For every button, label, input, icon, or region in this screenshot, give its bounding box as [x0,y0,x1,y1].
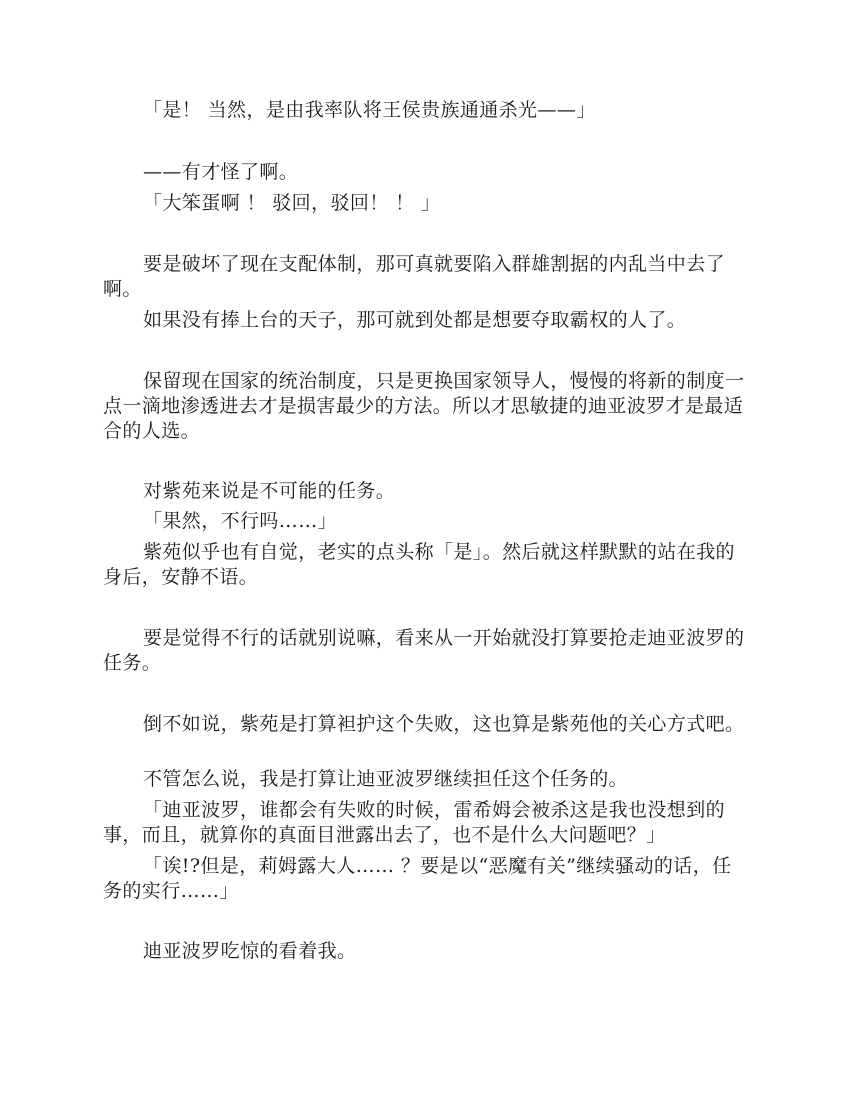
paragraph: 对紫苑来说是不可能的任务。 [103,479,748,504]
paragraph: 「诶!?但是，莉姆露大人…… ？要是以“恶魔有关”继续骚动的话，任务的实行……」 [103,854,748,904]
paragraph: 倒不如说，紫苑是打算袒护这个失败，这也算是紫苑他的关心方式吧。 [103,712,748,737]
paragraph: 「是！ 当然，是由我率队将王侯贵族通通杀光——」 [103,98,748,123]
paragraph: 迪亚波罗吃惊的看着我。 [103,939,748,964]
paragraph: 不管怎么说，我是打算让迪亚波罗继续担任这个任务的。 [103,767,748,792]
paragraph: 保留现在国家的统治制度，只是更换国家领导人，慢慢的将新的制度一点一滴地渗透进去才… [103,369,748,444]
paragraph: 紫苑似乎也有自觉，老实的点头称「是」。然后就这样默默的站在我的身后，安静不语。 [103,540,748,590]
document-page: 「是！ 当然，是由我率队将王侯贵族通通杀光——」 ——有才怪了啊。 「大笨蛋啊 … [0,0,850,1100]
paragraph: 要是破坏了现在支配体制，那可真就要陷入群雄割据的内乱当中去了啊。 [103,252,748,302]
paragraph: 要是觉得不行的话就别说嘛，看来从一开始就没打算要抢走迪亚波罗的任务。 [103,626,748,676]
paragraph: 「果然，不行吗……」 [103,509,748,534]
paragraph: 「迪亚波罗，谁都会有失败的时候，雷希姆会被杀这是我也没想到的事，而且，就算你的真… [103,798,748,848]
paragraph: ——有才怪了啊。 [103,160,748,185]
paragraph: 如果没有捧上台的天子，那可就到处都是想要夺取霸权的人了。 [103,308,748,333]
paragraph: 「大笨蛋啊 ！ 驳回，驳回！ ！ 」 [103,191,748,216]
